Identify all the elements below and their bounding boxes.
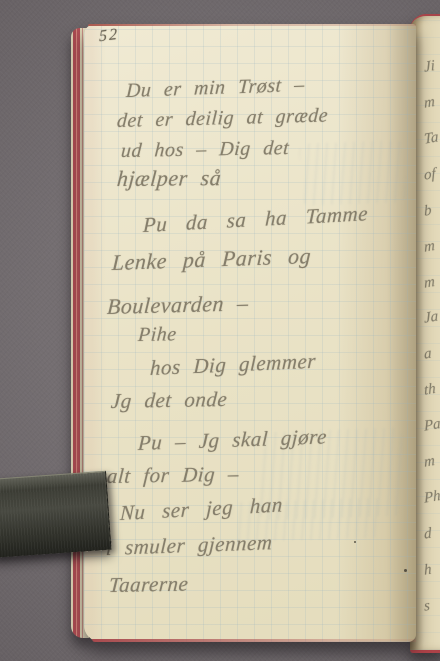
handwriting-fragment: Pa [424, 415, 440, 436]
notebook-photograph: Ji m Ta of b m m Ja a th Pa m Ph d h s 5… [0, 0, 440, 661]
handwriting-fragment: Ta [424, 128, 440, 149]
handwritten-line: Taarerne [108, 572, 189, 598]
handwriting-fragment: h [424, 559, 440, 580]
handwriting-fragment: th [424, 380, 440, 401]
handwriting-fragment: m [424, 92, 440, 113]
handwriting-fragment: s [424, 595, 440, 616]
handwriting-fragment: a [424, 344, 440, 365]
handwriting-fragment: m [424, 272, 440, 293]
handwritten-line: alt for Dig – [106, 462, 240, 489]
paper-speck [404, 569, 407, 572]
paper-speck [354, 541, 356, 543]
handwriting-fragment: m [424, 451, 440, 472]
metal-clamp-bar [0, 471, 111, 558]
handwriting-fragment: Ph [424, 487, 440, 508]
handwriting-fragment: Ja [424, 308, 440, 329]
handwriting-fragment: of [424, 164, 440, 185]
handwriting-fragment: m [424, 236, 440, 257]
ink-show-through [299, 140, 406, 206]
facing-page-writing: Ji m Ta of b m m Ja a th Pa m Ph d h s [424, 58, 440, 614]
handwriting-fragment: b [424, 200, 440, 221]
handwriting-fragment: d [424, 523, 440, 544]
handwritten-line: hjælper så [116, 165, 222, 192]
handwriting-fragment: Ji [424, 56, 440, 77]
page-number: 52 [99, 26, 119, 47]
handwritten-line: Jg det onde [110, 387, 228, 414]
handwritten-line: Boulevarden – [106, 290, 249, 320]
handwritten-line: ud hos – Dig det [120, 137, 290, 163]
handwritten-line: Pihe [137, 323, 177, 347]
